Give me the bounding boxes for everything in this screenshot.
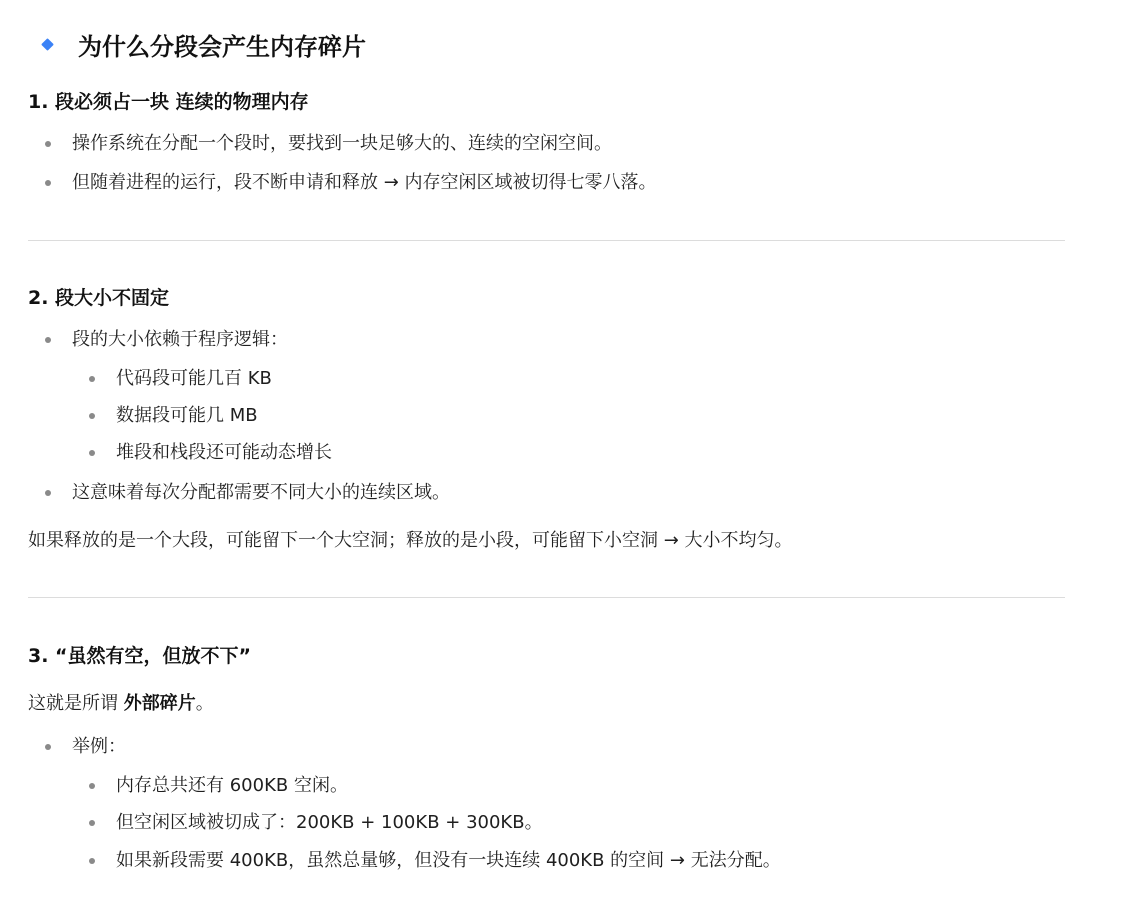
- nested-list-item: 如果新段需要 400KB，虽然总量够，但没有一块连续 400KB 的空间 → 无…: [116, 848, 781, 874]
- bullet-icon: [45, 490, 51, 496]
- bullet-icon: [89, 413, 95, 419]
- nested-list-item: 代码段可能几百 KB: [116, 366, 272, 392]
- list-item: 段的大小依赖于程序逻辑：: [72, 327, 288, 353]
- bullet-icon: [45, 141, 51, 147]
- bullet-icon: [89, 783, 95, 789]
- bullet-icon: [89, 820, 95, 826]
- nested-list-item: 数据段可能几 MB: [116, 403, 258, 429]
- section-1-heading: 1. 段必须占一块 连续的物理内存: [28, 89, 309, 115]
- bullet-icon: [89, 450, 95, 456]
- page-title: 为什么分段会产生内存碎片: [40, 26, 366, 62]
- bullet-icon: [45, 337, 51, 343]
- section-3-heading: 3. “虽然有空，但放不下”: [28, 643, 251, 669]
- list-item: 但随着进程的运行，段不断申请和释放 → 内存空闲区域被切得七零八落。: [72, 170, 657, 196]
- divider: [28, 597, 1065, 598]
- bullet-icon: [45, 180, 51, 186]
- emphasis: 外部碎片: [124, 693, 196, 714]
- nested-list-item: 内存总共还有 600KB 空闲。: [116, 773, 348, 799]
- divider: [28, 240, 1065, 241]
- list-item: 举例：: [72, 734, 126, 760]
- list-item: 操作系统在分配一个段时，要找到一块足够大的、连续的空闲空间。: [72, 131, 612, 157]
- list-item: 这意味着每次分配都需要不同大小的连续区域。: [72, 480, 450, 506]
- page-title-text: 为什么分段会产生内存碎片: [78, 27, 366, 62]
- section-2-heading: 2. 段大小不固定: [28, 285, 169, 311]
- paragraph: 这就是所谓 外部碎片。: [28, 691, 214, 717]
- bullet-icon: [89, 376, 95, 382]
- paragraph: 如果释放的是一个大段，可能留下一个大空洞；释放的是小段，可能留下小空洞 → 大小…: [28, 528, 793, 554]
- nested-list-item: 堆段和栈段还可能动态增长: [116, 440, 332, 466]
- bullet-icon: [89, 858, 95, 864]
- diamond-icon: [41, 38, 54, 51]
- bullet-icon: [45, 744, 51, 750]
- nested-list-item: 但空闲区域被切成了：200KB + 100KB + 300KB。: [116, 810, 543, 836]
